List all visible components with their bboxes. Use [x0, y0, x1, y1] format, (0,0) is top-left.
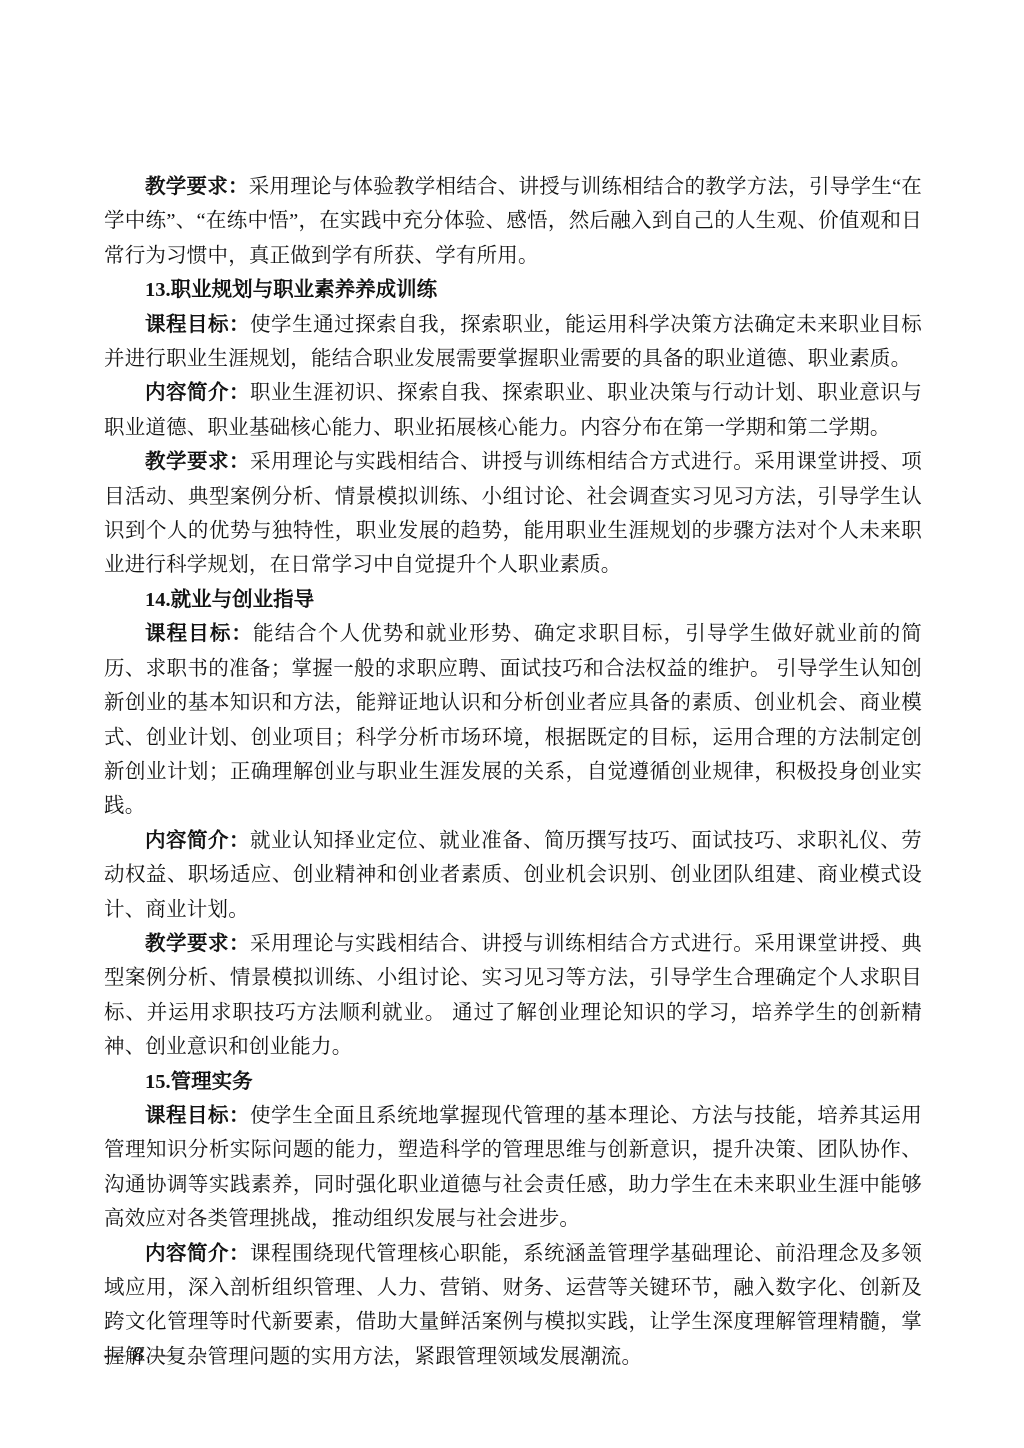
document-content: 教学要求：采用理论与体验教学相结合、讲授与训练相结合的教学方法，引导学生“在学中… [104, 170, 922, 1374]
paragraph-lead: 教学要求： [145, 176, 249, 198]
page-number: — 8 — [104, 1337, 174, 1371]
section-heading-14: 14.就业与创业指导 [104, 583, 922, 617]
paragraph-lead: 教学要求： [145, 451, 250, 473]
paragraph-lead: 内容简介： [145, 1243, 250, 1265]
paragraph-lead: 课程目标： [145, 1105, 250, 1127]
section-heading-15: 15.管理实务 [104, 1065, 922, 1099]
section-heading-13: 13.职业规划与职业素养养成训练 [104, 273, 922, 307]
paragraph-body: 能结合个人优势和就业形势、确定求职目标，引导学生做好就业前的简历、求职书的准备；… [104, 623, 922, 817]
paragraph-course-goal-15: 课程目标：使学生全面且系统地掌握现代管理的基本理论、方法与技能，培养其运用管理知… [104, 1099, 922, 1237]
paragraph-course-goal-14: 课程目标：能结合个人优势和就业形势、确定求职目标，引导学生做好就业前的简历、求职… [104, 617, 922, 823]
paragraph-lead: 课程目标： [145, 623, 253, 645]
paragraph-content-intro-14: 内容简介：就业认知择业定位、就业准备、简历撰写技巧、面试技巧、求职礼仪、劳动权益… [104, 824, 922, 927]
paragraph-course-goal-13: 课程目标：使学生通过探索自我，探索职业，能运用科学决策方法确定未来职业目标并进行… [104, 308, 922, 377]
paragraph-lead: 内容简介： [145, 382, 250, 404]
document-page: 教学要求：采用理论与体验教学相结合、讲授与训练相结合的教学方法，引导学生“在学中… [0, 0, 1024, 1448]
paragraph-lead: 内容简介： [145, 830, 250, 852]
paragraph-teaching-req-13: 教学要求：采用理论与实践相结合、讲授与训练相结合方式进行。采用课堂讲授、项目活动… [104, 445, 922, 583]
paragraph-lead: 课程目标： [145, 314, 250, 336]
paragraph-content-intro-13: 内容简介：职业生涯初识、探索自我、探索职业、职业决策与行动计划、职业意识与职业道… [104, 376, 922, 445]
paragraph-teaching-req-14: 教学要求：采用理论与实践相结合、讲授与训练相结合方式进行。采用课堂讲授、典型案例… [104, 927, 922, 1065]
paragraph-lead: 教学要求： [145, 933, 250, 955]
paragraph-teaching-req-12: 教学要求：采用理论与体验教学相结合、讲授与训练相结合的教学方法，引导学生“在学中… [104, 170, 922, 273]
paragraph-content-intro-15: 内容简介：课程围绕现代管理核心职能，系统涵盖管理学基础理论、前沿理念及多领域应用… [104, 1237, 922, 1375]
